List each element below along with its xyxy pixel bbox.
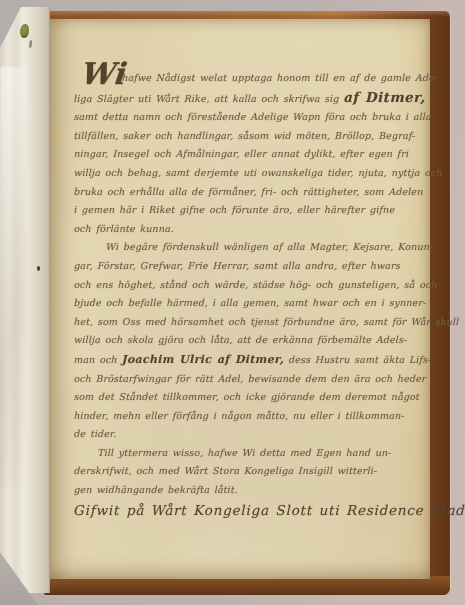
manuscript-segment: af Ditmer, bbox=[344, 90, 426, 106]
manuscript-segment: het, som Oss med hörsamhet och tjenst fö… bbox=[74, 317, 460, 328]
manuscript-segment: och förlänte kunna. bbox=[74, 224, 174, 235]
manuscript-segment: gen widhängande bekräfta låtit. bbox=[74, 485, 238, 496]
manuscript-segment: i gemen här i Riket gifne och förunte är… bbox=[74, 205, 395, 216]
manuscript-segment: som det Ståndet tillkommer, och icke gjö… bbox=[74, 392, 420, 403]
manuscript-line: Wi begäre fördenskull wänligen af alla M… bbox=[74, 239, 431, 258]
manuscript-segment: och Bröstarfwingar för rätt Adel, bewisa… bbox=[74, 374, 427, 385]
manuscript-line: liga Slägter uti Wårt Rike, att kalla oc… bbox=[74, 89, 431, 110]
fold-crease bbox=[0, 67, 26, 487]
manuscript-text: hafwe Nådigst welat upptaga honom till e… bbox=[74, 70, 430, 522]
manuscript-line: som det Ståndet tillkommer, och icke gjö… bbox=[74, 389, 431, 408]
manuscript-segment: gar, Förstar, Grefwar, Frie Herrar, samt… bbox=[74, 261, 401, 272]
manuscript-line: de tider. bbox=[74, 426, 431, 445]
manuscript-line: och förlänte kunna. bbox=[74, 221, 431, 240]
manuscript-segment: man och bbox=[74, 355, 123, 366]
manuscript-segment: bjude och befalle härmed, i alla gemen, … bbox=[74, 298, 427, 309]
manuscript-line: tillfällen, saker och handlingar, såsom … bbox=[74, 128, 431, 147]
manuscript-segment: willja och behag, samt derjemte uti owan… bbox=[74, 168, 443, 179]
manuscript-segment: dess Hustru samt äkta Lifs- bbox=[284, 355, 432, 366]
manuscript-line: hinder, mehn eller förfång i någon måtto… bbox=[74, 408, 431, 427]
flyleaf-page bbox=[0, 7, 50, 593]
manuscript-segment: Gifwit på Wårt Kongeliga Slott uti Resid… bbox=[74, 503, 465, 519]
manuscript-segment: ningar, Insegel och Afmålningar, eller a… bbox=[74, 149, 409, 160]
manuscript-line: willja och behag, samt derjemte uti owan… bbox=[74, 165, 431, 184]
manuscript-line: willja och skola gjöra och låta, att de … bbox=[74, 332, 431, 351]
manuscript-line: ningar, Insegel och Afmålningar, eller a… bbox=[74, 146, 431, 165]
manuscript-segment: derskrifwit, och med Wårt Stora Kongelig… bbox=[74, 466, 378, 477]
ink-speck bbox=[37, 266, 40, 271]
manuscript-segment: Till yttermera wisso, hafwe Wi detta med… bbox=[98, 448, 392, 459]
manuscript-line: derskrifwit, och med Wårt Stora Kongelig… bbox=[74, 463, 431, 482]
manuscript-line: bruka och erhålla alla de förmåner, fri-… bbox=[74, 184, 431, 203]
manuscript-segment: de tider. bbox=[74, 429, 117, 440]
manuscript-line: man och Joachim Ulric af Ditmer, dess Hu… bbox=[74, 351, 431, 371]
manuscript-segment: willja och skola gjöra och låta, att de … bbox=[74, 335, 408, 346]
manuscript-segment: liga Slägter uti Wårt Rike, att kalla oc… bbox=[74, 94, 344, 105]
manuscript-segment: hafwe Nådigst welat upptaga honom till e… bbox=[122, 73, 438, 84]
closing-line: Gifwit på Wårt Kongeliga Slott uti Resid… bbox=[74, 502, 431, 523]
manuscript-segment: samt detta namn och förestående Adelige … bbox=[74, 112, 432, 123]
manuscript-segment: Wi begäre fördenskull wänligen af alla M… bbox=[106, 242, 434, 253]
manuscript-segment: bruka och erhålla alla de förmåner, fri-… bbox=[74, 187, 424, 198]
manuscript-line: Till yttermera wisso, hafwe Wi detta med… bbox=[74, 445, 431, 464]
manuscript-segment: tillfällen, saker och handlingar, såsom … bbox=[74, 131, 416, 142]
manuscript-segment: hinder, mehn eller förfång i någon måtto… bbox=[74, 411, 405, 422]
manuscript-line: och ens höghet, stånd och wärde, städse … bbox=[74, 277, 431, 296]
manuscript-line: samt detta namn och förestående Adelige … bbox=[74, 109, 431, 128]
photo-backdrop: Wi hafwe Nådigst welat upptaga honom til… bbox=[0, 0, 465, 605]
manuscript-line: i gemen här i Riket gifne och förunte är… bbox=[74, 202, 431, 221]
manuscript-line: hafwe Nådigst welat upptaga honom till e… bbox=[74, 70, 431, 89]
manuscript-line: het, som Oss med hörsamhet och tjenst fö… bbox=[74, 314, 431, 333]
manuscript-line: bjude och befalle härmed, i alla gemen, … bbox=[74, 295, 431, 314]
manuscript-lines: hafwe Nådigst welat upptaga honom till e… bbox=[74, 70, 430, 522]
manuscript-line: och Bröstarfwingar för rätt Adel, bewisa… bbox=[74, 371, 431, 390]
manuscript-segment: Joachim Ulric af Ditmer, bbox=[122, 353, 284, 366]
manuscript-segment: och ens höghet, stånd och wärde, städse … bbox=[74, 280, 438, 291]
manuscript-line: gen widhängande bekräfta låtit. bbox=[74, 482, 431, 501]
manuscript-line: gar, Förstar, Grefwar, Frie Herrar, samt… bbox=[74, 258, 431, 277]
